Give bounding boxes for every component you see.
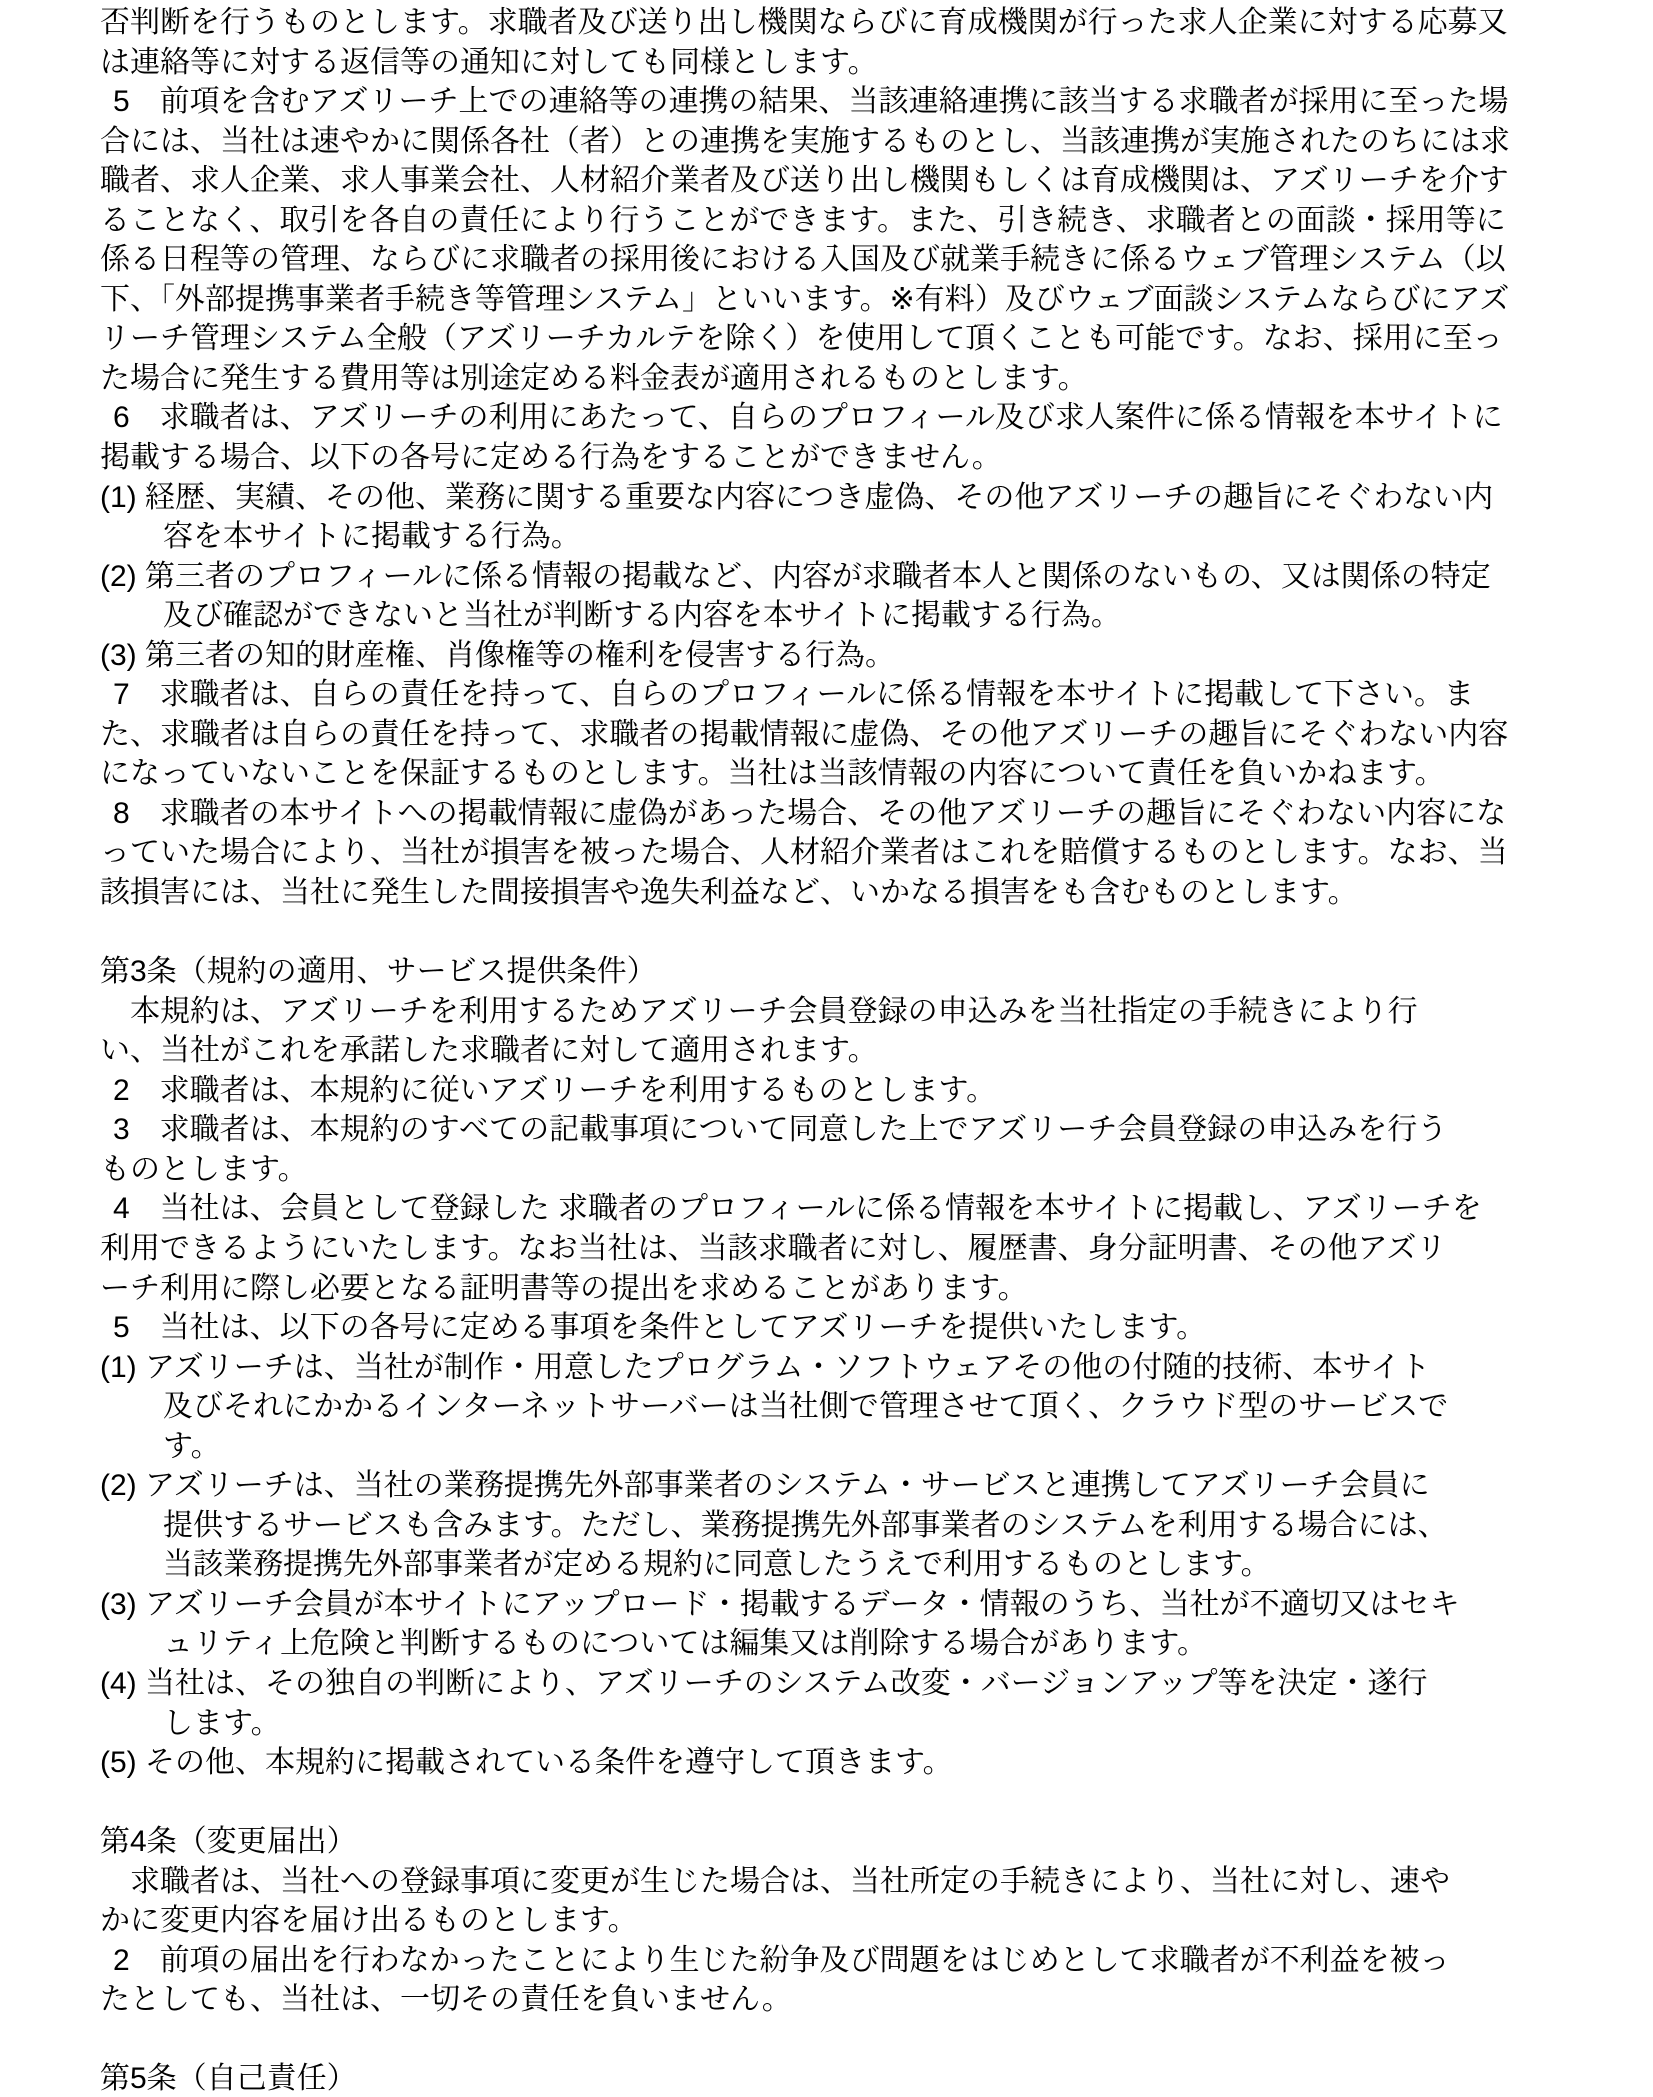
section-heading: 第5条（自己責任） bbox=[100, 2059, 1613, 2097]
text-line: す。 bbox=[100, 1427, 1613, 1467]
text-line: 2 求職者は、本規約に従いアズリーチを利用するものとします。 bbox=[100, 1071, 1613, 1111]
text-line: 提供するサービスも含みます。ただし、業務提携先外部事業者のシステムを利用する場合… bbox=[100, 1506, 1613, 1546]
text-line: ーチ利用に際し必要となる証明書等の提出を求めることがあります。 bbox=[100, 1269, 1613, 1309]
text-line: 7 求職者は、自らの責任を持って、自らのプロフィールに係る情報を本サイトに掲載し… bbox=[100, 675, 1613, 715]
blank-line bbox=[100, 913, 1613, 953]
section-heading: 第3条（規約の適用、サービス提供条件） bbox=[100, 952, 1613, 992]
blank-line bbox=[100, 2020, 1613, 2060]
text-line: します。 bbox=[100, 1704, 1613, 1744]
text-line: 合には、当社は速やかに関係各社（者）との連携を実施するものとし、当該連携が実施さ… bbox=[100, 122, 1613, 162]
text-line: 係る日程等の管理、ならびに求職者の採用後における入国及び就業手続きに係るウェブ管… bbox=[100, 240, 1613, 280]
text-line: 容を本サイトに掲載する行為。 bbox=[100, 517, 1613, 557]
text-line: 当該業務提携先外部事業者が定める規約に同意したうえで利用するものとします。 bbox=[100, 1545, 1613, 1585]
text-line: リーチ管理システム全般（アズリーチカルテを除く）を使用して頂くことも可能です。な… bbox=[100, 319, 1613, 359]
text-line: は連絡等に対する返信等の通知に対しても同様とします。 bbox=[100, 43, 1613, 83]
text-line: 職者、求人企業、求人事業会社、人材紹介業者及び送り出し機関もしくは育成機関は、ア… bbox=[100, 161, 1613, 201]
text-line: 及びそれにかかるインターネットサーバーは当社側で管理させて頂く、クラウド型のサー… bbox=[100, 1387, 1613, 1427]
document-body: 否判断を行うものとします。求職者及び送り出し機関ならびに育成機関が行った求人企業… bbox=[100, 3, 1613, 2097]
text-line: (4) 当社は、その独自の判断により、アズリーチのシステム改変・バージョンアップ… bbox=[100, 1664, 1613, 1704]
text-line: (2) 第三者のプロフィールに係る情報の掲載など、内容が求職者本人と関係のないも… bbox=[100, 557, 1613, 597]
text-line: 求職者は、当社への登録事項に変更が生じた場合は、当社所定の手続きにより、当社に対… bbox=[100, 1862, 1613, 1902]
text-line: 否判断を行うものとします。求職者及び送り出し機関ならびに育成機関が行った求人企業… bbox=[100, 3, 1613, 43]
text-line: 掲載する場合、以下の各号に定める行為をすることができません。 bbox=[100, 438, 1613, 478]
text-line: 2 前項の届出を行わなかったことにより生じた紛争及び問題をはじめとして求職者が不… bbox=[100, 1941, 1613, 1981]
text-line: 本規約は、アズリーチを利用するためアズリーチ会員登録の申込みを当社指定の手続きに… bbox=[100, 992, 1613, 1032]
text-line: (3) アズリーチ会員が本サイトにアップロード・掲載するデータ・情報のうち、当社… bbox=[100, 1585, 1613, 1625]
text-line: ることなく、取引を各自の責任により行うことができます。また、引き続き、求職者との… bbox=[100, 201, 1613, 241]
text-line: 利用できるようにいたします。なお当社は、当該求職者に対し、履歴書、身分証明書、そ… bbox=[100, 1229, 1613, 1269]
text-line: た場合に発生する費用等は別途定める料金表が適用されるものとします。 bbox=[100, 359, 1613, 399]
text-line: たとしても、当社は、一切その責任を負いません。 bbox=[100, 1980, 1613, 2020]
text-line: (3) 第三者の知的財産権、肖像権等の権利を侵害する行為。 bbox=[100, 636, 1613, 676]
text-line: 該損害には、当社に発生した間接損害や逸失利益など、いかなる損害をも含むものとしま… bbox=[100, 873, 1613, 913]
text-line: ュリティ上危険と判断するものについては編集又は削除する場合があります。 bbox=[100, 1624, 1613, 1664]
text-line: になっていないことを保証するものとします。当社は当該情報の内容について責任を負い… bbox=[100, 754, 1613, 794]
text-line: 3 求職者は、本規約のすべての記載事項について同意した上でアズリーチ会員登録の申… bbox=[100, 1110, 1613, 1150]
text-line: かに変更内容を届け出るものとします。 bbox=[100, 1901, 1613, 1941]
text-line: (5) その他、本規約に掲載されている条件を遵守して頂きます。 bbox=[100, 1743, 1613, 1783]
text-line: (1) 経歴、実績、その他、業務に関する重要な内容につき虚偽、その他アズリーチの… bbox=[100, 478, 1613, 518]
text-line: 6 求職者は、アズリーチの利用にあたって、自らのプロフィール及び求人案件に係る情… bbox=[100, 398, 1613, 438]
text-line: ものとします。 bbox=[100, 1150, 1613, 1190]
text-line: (2) アズリーチは、当社の業務提携先外部事業者のシステム・サービスと連携してア… bbox=[100, 1466, 1613, 1506]
text-line: 8 求職者の本サイトへの掲載情報に虚偽があった場合、その他アズリーチの趣旨にそぐ… bbox=[100, 794, 1613, 834]
terms-document-page: 否判断を行うものとします。求職者及び送り出し機関ならびに育成機関が行った求人企業… bbox=[0, 0, 1653, 2097]
blank-line bbox=[100, 1783, 1613, 1823]
text-line: 4 当社は、会員として登録した 求職者のプロフィールに係る情報を本サイトに掲載し… bbox=[100, 1189, 1613, 1229]
text-line: た、求職者は自らの責任を持って、求職者の掲載情報に虚偽、その他アズリーチの趣旨に… bbox=[100, 715, 1613, 755]
text-line: 及び確認ができないと当社が判断する内容を本サイトに掲載する行為。 bbox=[100, 596, 1613, 636]
text-line: 下、「外部提携事業者手続き等管理システム」といいます。※有料）及びウェブ面談シス… bbox=[100, 280, 1613, 320]
text-line: (1) アズリーチは、当社が制作・用意したプログラム・ソフトウェアその他の付随的… bbox=[100, 1348, 1613, 1388]
text-line: 5 前項を含むアズリーチ上での連絡等の連携の結果、当該連絡連携に該当する求職者が… bbox=[100, 82, 1613, 122]
text-line: い、当社がこれを承諾した求職者に対して適用されます。 bbox=[100, 1031, 1613, 1071]
section-heading: 第4条（変更届出） bbox=[100, 1822, 1613, 1862]
text-line: っていた場合により、当社が損害を被った場合、人材紹介業者はこれを賠償するものとし… bbox=[100, 833, 1613, 873]
text-line: 5 当社は、以下の各号に定める事項を条件としてアズリーチを提供いたします。 bbox=[100, 1308, 1613, 1348]
